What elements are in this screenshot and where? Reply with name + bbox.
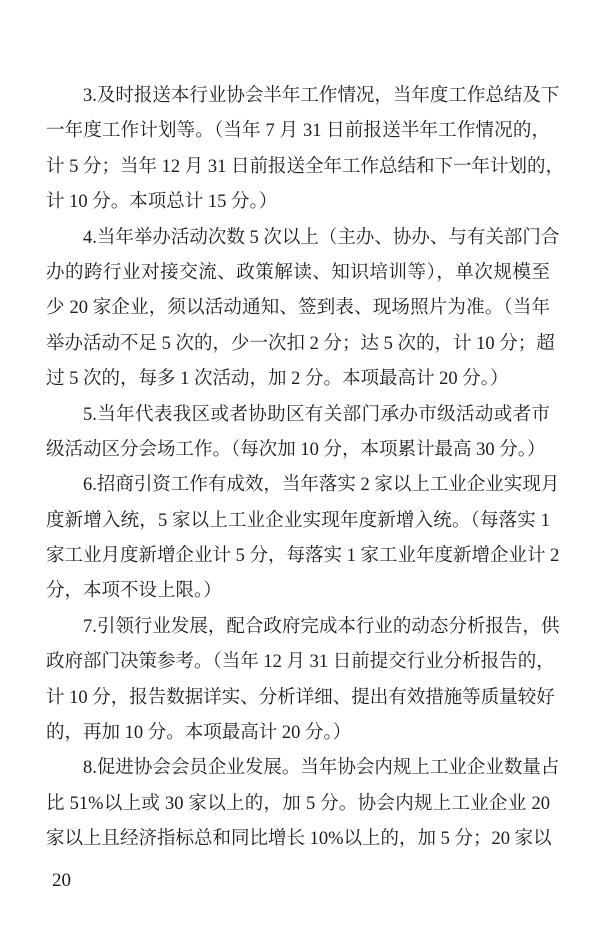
paragraph-item-6: 6.招商引资工作有成效，当年落实 2 家以上工业企业实现月 度新增入统，5 家以… bbox=[46, 468, 550, 610]
text-line: 一年度工作计划等。（当年 7 月 31 日前报送半年工作情况的， bbox=[46, 114, 550, 149]
text-line: 4.当年举办活动次数 5 次以上（主办、协办、与有关部门合 bbox=[46, 221, 550, 256]
text-line: 过 5 次的，每多 1 次活动，加 2 分。本项最高计 20 分。） bbox=[46, 362, 550, 397]
page-number: 20 bbox=[52, 869, 71, 893]
text-line: 7.引领行业发展，配合政府完成本行业的动态分析报告，供 bbox=[46, 610, 550, 645]
text-line: 举办活动不足 5 次的，少一次扣 2 分；达 5 次的，计 10 分；超 bbox=[46, 327, 550, 362]
paragraph-item-7: 7.引领行业发展，配合政府完成本行业的动态分析报告，供 政府部门决策参考。（当年… bbox=[46, 610, 550, 752]
text-line: 级活动区分会场工作。（每次加 10 分，本项累计最高 30 分。） bbox=[46, 433, 550, 468]
text-column: 3.及时报送本行业协会半年工作情况，当年度工作总结及下 一年度工作计划等。（当年… bbox=[46, 79, 550, 858]
paragraph-item-8: 8.促进协会会员企业发展。当年协会内规上工业企业数量占 比 51%以上或 30 … bbox=[46, 751, 550, 857]
text-line: 少 20 家企业，须以活动通知、签到表、现场照片为准。（当年 bbox=[46, 291, 550, 326]
text-line: 家以上且经济指标总和同比增长 10%以上的，加 5 分；20 家以 bbox=[46, 822, 550, 857]
text-line: 5.当年代表我区或者协助区有关部门承办市级活动或者市 bbox=[46, 398, 550, 433]
text-line: 的，再加 10 分。本项最高计 20 分。） bbox=[46, 716, 550, 751]
text-line: 家工业月度新增企业计 5 分，每落实 1 家工业年度新增企业计 2 bbox=[46, 539, 550, 574]
text-line: 6.招商引资工作有成效，当年落实 2 家以上工业企业实现月 bbox=[46, 468, 550, 503]
text-line: 比 51%以上或 30 家以上的，加 5 分。协会内规上工业企业 20 bbox=[46, 787, 550, 822]
text-line: 计 10 分。本项总计 15 分。） bbox=[46, 185, 550, 220]
paragraph-item-5: 5.当年代表我区或者协助区有关部门承办市级活动或者市 级活动区分会场工作。（每次… bbox=[46, 398, 550, 469]
text-line: 政府部门决策参考。（当年 12 月 31 日前提交行业分析报告的， bbox=[46, 645, 550, 680]
text-line: 8.促进协会会员企业发展。当年协会内规上工业企业数量占 bbox=[46, 751, 550, 786]
text-line: 分，本项不设上限。） bbox=[46, 574, 550, 609]
paragraph-item-3: 3.及时报送本行业协会半年工作情况，当年度工作总结及下 一年度工作计划等。（当年… bbox=[46, 79, 550, 221]
text-line: 办的跨行业对接交流、政策解读、知识培训等），单次规模至 bbox=[46, 256, 550, 291]
text-line: 计 5 分；当年 12 月 31 日前报送全年工作总结和下一年计划的， bbox=[46, 150, 550, 185]
paragraph-item-4: 4.当年举办活动次数 5 次以上（主办、协办、与有关部门合 办的跨行业对接交流、… bbox=[46, 221, 550, 398]
text-line: 度新增入统，5 家以上工业企业实现年度新增入统。（每落实 1 bbox=[46, 504, 550, 539]
text-line: 3.及时报送本行业协会半年工作情况，当年度工作总结及下 bbox=[46, 79, 550, 114]
text-line: 计 10 分，报告数据详实、分析详细、提出有效措施等质量较好 bbox=[46, 681, 550, 716]
